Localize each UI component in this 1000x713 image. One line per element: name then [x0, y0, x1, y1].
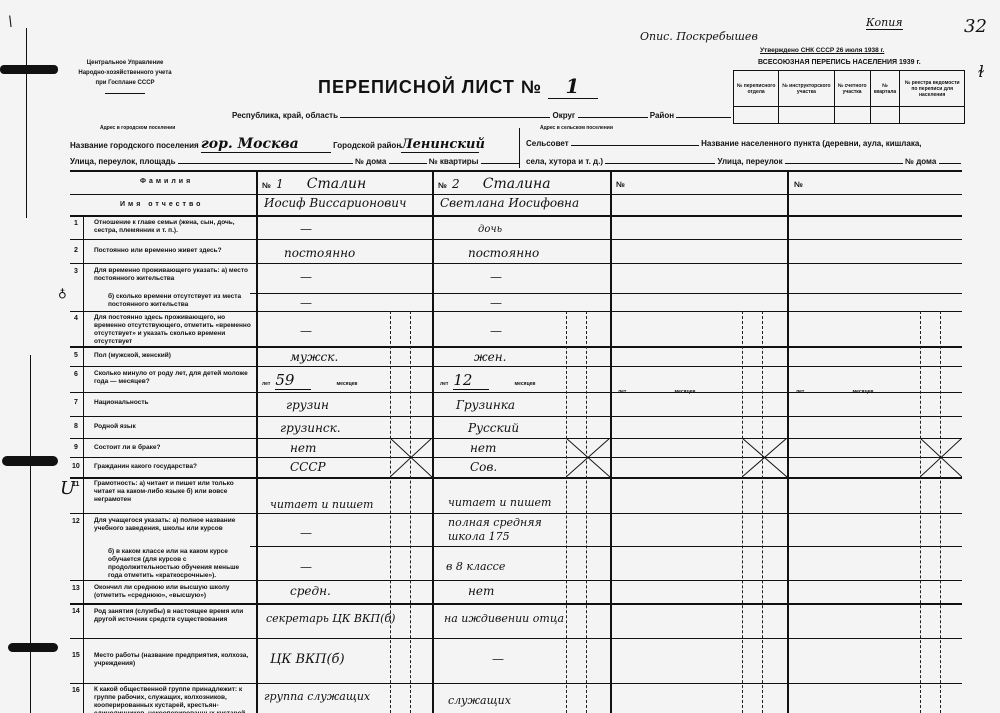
question-text: Сколько минуло от роду лет, для детей мо… — [94, 370, 252, 386]
row-number: 1 — [74, 220, 78, 227]
person-2-surname[interactable]: № 2 Сталина — [438, 173, 551, 192]
city-field[interactable]: гор. Москва — [201, 136, 331, 153]
age-value: 12 — [453, 371, 489, 390]
question-text: Для учащегося указать: а) полное названи… — [94, 517, 252, 533]
years-label: лет — [440, 381, 448, 387]
answer-cell[interactable]: Русский — [468, 421, 519, 435]
answer-cell[interactable]: — — [300, 222, 312, 236]
street-label: Улица, переулок, площадь — [70, 157, 176, 166]
row-number: 9 — [74, 444, 78, 451]
crossed-box — [566, 438, 610, 477]
grid-line — [70, 603, 962, 605]
grid-line — [432, 170, 434, 713]
question-text: Окончил ли среднюю или высшую школу (отм… — [94, 584, 252, 600]
months-label: месяцев — [852, 389, 873, 395]
grid-line — [70, 311, 962, 312]
form-number: 1 — [548, 74, 598, 99]
rural-house-label: № дома — [905, 157, 936, 166]
republic-label: Республика, край, область — [232, 111, 338, 120]
answer-cell[interactable]: — — [300, 296, 312, 310]
code-value[interactable] — [870, 107, 900, 124]
okrug-field[interactable] — [578, 117, 648, 118]
answer-cell[interactable]: — — [300, 560, 312, 574]
row-number: 7 — [74, 399, 78, 406]
years-label: лет — [796, 389, 804, 395]
code-header: № инструкторского участка — [779, 71, 835, 107]
grid-dash — [940, 311, 941, 713]
republic-field[interactable] — [340, 117, 550, 118]
answer-cell[interactable]: служащих — [448, 694, 511, 707]
answer-cell[interactable]: СССР — [290, 460, 326, 474]
approval-note: Утверждено СНК СССР 26 июля 1938 г. — [760, 47, 884, 54]
grid-line — [250, 293, 962, 294]
row-number: 15 — [72, 652, 80, 659]
row-number: 6 — [74, 371, 78, 378]
raion-field[interactable] — [676, 117, 731, 118]
answer-cell[interactable]: — — [490, 324, 502, 338]
settlement-label: Название населенного пункта (деревни, ау… — [701, 139, 921, 148]
grid-line — [70, 580, 962, 581]
question-text: Гражданин какого государства? — [94, 463, 252, 471]
question-text: б) в каком классе или на каком курсе обу… — [108, 548, 254, 580]
grid-line — [70, 263, 962, 264]
issuer-line: Центральное Управление — [70, 58, 180, 68]
apartment-field[interactable] — [481, 163, 519, 164]
city-row: Название городского поселения гор. Москв… — [70, 136, 479, 153]
person-4-surname[interactable]: № — [794, 180, 803, 189]
code-header: № квартала — [870, 71, 900, 107]
person-1-surname[interactable]: № 1 Сталин — [262, 173, 366, 192]
page-title: ПЕРЕПИСНОЙ ЛИСТ № 1 — [318, 74, 598, 99]
age-value — [631, 392, 653, 393]
grid-dash — [742, 311, 743, 713]
rural-street-field[interactable] — [785, 163, 903, 164]
question-text: б) сколько времени отсутствует из места … — [108, 293, 254, 309]
grid-line — [70, 683, 962, 684]
grid-line — [787, 170, 789, 713]
question-text: Отношение к главе семьи (жена, сын, дочь… — [94, 219, 252, 235]
archival-note: Опис. Поскребышев — [640, 30, 758, 43]
grid-line — [70, 457, 962, 458]
settlement-label-cont: села, хутора и т. д.) — [526, 157, 603, 166]
answer-cell[interactable]: — — [490, 270, 502, 284]
answer-cell[interactable]: средн. — [290, 584, 331, 598]
row-number: 11 — [72, 481, 79, 488]
answer-cell[interactable]: — — [300, 324, 312, 338]
issuer-line: при Госплане СССР — [70, 78, 180, 88]
grid-line — [70, 438, 962, 439]
answer-cell[interactable]: жен. — [474, 350, 506, 364]
answer-cell[interactable]: читает и пишет — [448, 496, 551, 509]
answer-cell[interactable]: — — [490, 296, 502, 310]
row-number: 8 — [74, 423, 78, 430]
row-number: 10 — [72, 463, 80, 470]
answer-cell[interactable]: нет — [468, 584, 494, 598]
city-district-field[interactable]: Ленинский — [401, 137, 479, 153]
answer-cell[interactable]: в 8 классе — [446, 560, 505, 573]
answer-cell[interactable]: постоянно — [468, 246, 539, 260]
age-cell[interactable]: лет месяцев — [618, 378, 737, 397]
row-number: 16 — [72, 687, 80, 694]
question-text: Родной язык — [94, 423, 252, 431]
grid-line — [70, 366, 962, 367]
age-value: 59 — [275, 371, 311, 390]
form-title: ПЕРЕПИСНОЙ ЛИСТ № — [318, 77, 542, 97]
grid-line — [70, 638, 962, 639]
grid-dash — [586, 311, 587, 713]
margin-mark: ♁ — [58, 286, 67, 300]
row-number: 3 — [74, 268, 78, 275]
selsovet-field[interactable] — [571, 145, 699, 146]
house-label: № дома — [355, 157, 386, 166]
grid-line — [83, 215, 84, 713]
answer-cell[interactable]: — — [492, 652, 504, 666]
rural-caption: Адрес в сельском поселении — [540, 125, 613, 131]
answer-cell[interactable]: секретарь ЦК ВКП(б) — [266, 612, 395, 625]
grid-line — [70, 194, 962, 195]
num-label: № — [438, 181, 447, 190]
rural-street-label: Улица, переулок — [717, 157, 782, 166]
crossed-box — [920, 438, 962, 477]
surname-header: Фамилия — [140, 178, 193, 185]
question-text: Грамотность: а) читает и пишет или тольк… — [94, 480, 252, 504]
grid-dash — [762, 311, 763, 713]
grid-line — [256, 170, 258, 713]
crossed-box — [390, 438, 432, 477]
census-title: ВСЕСОЮЗНАЯ ПЕРЕПИСЬ НАСЕЛЕНИЯ 1939 г. — [758, 59, 921, 66]
surname-value: Сталина — [483, 176, 551, 192]
question-text: Национальность — [94, 399, 252, 407]
selsovet-label: Сельсовет — [526, 139, 569, 148]
grid-line — [610, 170, 612, 713]
binding-line — [26, 28, 27, 218]
answer-cell[interactable]: группа служащих — [264, 690, 370, 703]
binding-clip — [0, 65, 58, 74]
answer-cell[interactable]: — — [300, 526, 312, 540]
question-text: Постоянно или временно живет здесь? — [94, 247, 252, 255]
settlement-field[interactable] — [605, 163, 715, 164]
question-text: К какой общественной группе принадлежит:… — [94, 686, 252, 713]
republic-row: Республика, край, область Округ Район — [232, 111, 731, 120]
grid-line — [70, 170, 962, 172]
months-label: месяцев — [514, 381, 535, 387]
issuer-block: Центральное Управление Народно-хозяйстве… — [70, 58, 180, 94]
months-label: месяцев — [674, 389, 695, 395]
binding-clip — [8, 643, 58, 652]
age-value — [809, 392, 831, 393]
grid-dash — [566, 311, 567, 713]
answer-cell[interactable]: Сов. — [470, 460, 497, 474]
code-header: № переписного отдела — [734, 71, 779, 107]
grid-line — [70, 513, 962, 514]
years-label: лет — [618, 389, 626, 395]
issuer-line: Народно-хозяйственного учета — [70, 68, 180, 78]
grid-dash — [410, 311, 411, 713]
code-value[interactable] — [734, 107, 779, 124]
person-3-surname[interactable]: № — [616, 180, 625, 189]
address-divider — [519, 128, 520, 168]
binding-clip — [2, 456, 58, 466]
row-number: 2 — [74, 247, 78, 254]
answer-cell[interactable]: полная средняя школа 175 — [448, 516, 558, 544]
corner-mark: \ — [8, 14, 13, 30]
months-label: месяцев — [336, 381, 357, 387]
question-text: Пол (мужской, женский) — [94, 352, 252, 360]
apartment-label: № квартиры — [429, 157, 479, 166]
answer-cell[interactable]: грузин — [286, 398, 329, 412]
grid-line — [70, 215, 962, 217]
code-value[interactable] — [900, 107, 965, 124]
stamp-mark: ɫ — [978, 62, 984, 81]
raion-label: Район — [650, 111, 674, 120]
urban-caption: Адрес в городском поселении — [100, 125, 175, 131]
question-text: Для постоянно здесь проживающего, но вре… — [94, 314, 252, 346]
answer-cell[interactable]: дочь — [478, 224, 502, 235]
answer-cell[interactable]: — — [300, 270, 312, 284]
street-row: Улица, переулок, площадь № дома № кварти… — [70, 157, 519, 166]
grid-line — [70, 239, 962, 240]
grid-line — [70, 346, 962, 348]
answer-cell[interactable]: грузинск. — [280, 421, 341, 435]
street-field[interactable] — [178, 163, 353, 164]
grid-dash — [920, 311, 921, 713]
house-field[interactable] — [389, 163, 427, 164]
age-cell[interactable]: лет месяцев — [796, 378, 915, 397]
rural-house-field[interactable] — [939, 163, 961, 164]
answer-cell[interactable]: постоянно — [284, 246, 355, 260]
question-text: Род занятия (службы) в настоящее время и… — [94, 608, 252, 624]
grid-dash — [390, 311, 391, 713]
age-cell[interactable]: лет 12 месяцев — [440, 370, 536, 390]
answer-cell[interactable]: ЦК ВКП(б) — [270, 652, 345, 667]
surname-value: Сталин — [307, 176, 367, 192]
binding-line — [30, 355, 31, 713]
code-value[interactable] — [834, 107, 870, 124]
name-header: Имя отчество — [120, 201, 203, 208]
okrug-label: Округ — [552, 111, 575, 120]
person-number: 1 — [276, 177, 284, 191]
selsovet-row: Сельсовет Название населенного пункта (д… — [526, 139, 922, 148]
person-2-name[interactable]: Светлана Иосифовна — [440, 196, 579, 210]
city-district-label: Городской район — [333, 141, 401, 150]
crossed-box — [742, 438, 787, 477]
answer-cell[interactable]: на иждивении отца — [444, 612, 564, 625]
answer-cell[interactable]: Грузинка — [456, 398, 515, 412]
answer-cell[interactable]: мужск. — [290, 350, 338, 364]
answer-cell[interactable]: нет — [290, 441, 316, 455]
row-number: 12 — [72, 518, 80, 525]
row-number: 13 — [72, 585, 80, 592]
code-header: № реестра ведомости по переписи для насе… — [900, 71, 965, 107]
question-text: Место работы (название предприятия, колх… — [94, 652, 252, 668]
grid-line — [70, 477, 962, 479]
answer-cell[interactable]: нет — [470, 441, 496, 455]
person-1-name[interactable]: Иосиф Виссарионович — [264, 196, 406, 210]
question-text: Для временно проживающего указать: а) ме… — [94, 267, 252, 283]
row-number: 14 — [72, 608, 80, 615]
city-label: Название городского поселения — [70, 141, 199, 150]
row-number: 5 — [74, 352, 78, 359]
code-header: № счетного участка — [834, 71, 870, 107]
row-number: 4 — [74, 315, 78, 322]
question-text: Состоит ли в браке? — [94, 444, 252, 452]
copy-note: Копия — [866, 16, 903, 30]
grid-line — [70, 416, 962, 417]
code-table: № переписного отдела № инструкторского у… — [733, 70, 965, 124]
grid-line — [250, 546, 962, 547]
page-mark: 32 — [964, 16, 987, 37]
years-label: лет — [262, 381, 270, 387]
answer-cell[interactable]: читает и пишет — [270, 498, 373, 511]
settlement-row: села, хутора и т. д.) Улица, переулок № … — [526, 157, 961, 166]
person-number: 2 — [452, 177, 460, 191]
age-cell[interactable]: лет 59 месяцев — [262, 370, 358, 390]
code-value[interactable] — [779, 107, 835, 124]
num-label: № — [262, 181, 271, 190]
